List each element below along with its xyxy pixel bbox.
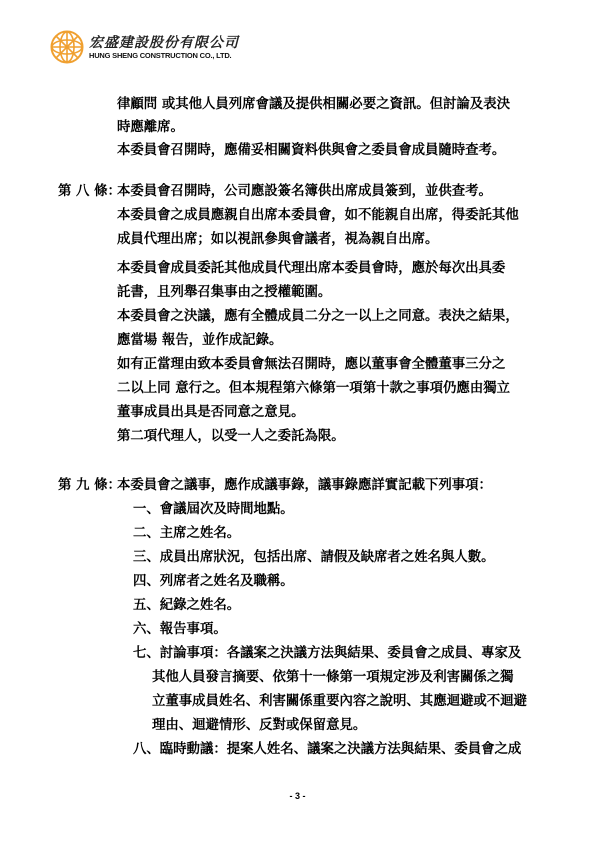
list-item-continuation: 理由、迴避情形、反對或保留意見。 [152, 718, 366, 734]
company-name-cn: 宏盛建設股份有限公司 [89, 32, 239, 52]
list-item: 二、主席之姓名。 [133, 526, 240, 542]
body-line: 二以上同 意行之。但本規程第六條第一項第十款之事項仍應由獨立 [117, 381, 510, 397]
company-logo-icon [50, 30, 84, 64]
body-line: 本委員會成員委託其他成員代理出席本委員會時，應於每次出具委 [117, 261, 505, 277]
list-item: 四、列席者之姓名及職稱。 [133, 574, 294, 590]
list-item: 一、會議屆次及時間地點。 [133, 502, 294, 518]
body-line: 董事成員出具是否同意之意見。 [117, 405, 304, 421]
body-line: 如有正當理由致本委員會無法召開時，應以董事會全體董事三分之 [117, 357, 505, 373]
body-line: 託書，且列舉召集事由之授權範圍。 [117, 285, 331, 301]
company-name-en: HUNG SHENG CONSTRUCTION CO., LTD. [89, 51, 231, 60]
body-line: 本委員會之決議，應有全體成員二分之一以上之同意。表決之結果， [117, 309, 519, 325]
body-line: 本委員會召開時，應備妥相關資料供與會之委員會成員隨時查考。 [117, 143, 505, 159]
body-line: 本委員會召開時，公司應設簽名簿供出席成員簽到，並供查考。 [117, 184, 492, 200]
body-line: 律顧問 或其他人員列席會議及提供相關必要之資訊。但討論及表決 [117, 97, 510, 113]
article-8-label: 第 八 條： [58, 184, 121, 200]
list-item: 七、討論事項：各議案之決議方法與結果、委員會之成員、專家及 [133, 646, 521, 662]
page-number: - 3 - [0, 791, 595, 801]
list-item: 八、臨時動議：提案人姓名、議案之決議方法與結果、委員會之成 [133, 742, 521, 758]
body-line: 時應離席。 [117, 120, 184, 136]
list-item: 三、成員出席狀況，包括出席、請假及缺席者之姓名與人數。 [133, 550, 495, 566]
body-line: 第二項代理人，以受一人之委託為限。 [117, 429, 345, 445]
body-line: 本委員會之成員應親自出席本委員會，如不能親自出席，得委託其他 [117, 208, 519, 224]
article-9-label: 第 九 條： [58, 478, 121, 494]
list-item-continuation: 立董事成員姓名、利害關係重要內容之說明、其應迴避或不迴避 [152, 694, 527, 710]
list-item: 五、紀錄之姓名。 [133, 598, 240, 614]
list-item: 六、報告事項。 [133, 622, 227, 638]
body-line: 成員代理出席；如以視訊參與會議者，視為親自出席。 [117, 232, 438, 248]
body-line: 應當場 報告，並作成記錄。 [117, 333, 282, 349]
body-line: 本委員會之議事，應作成議事錄，議事錄應詳實記載下列事項： [117, 478, 492, 494]
list-item-continuation: 其他人員發言摘要、依第十一條第一項規定涉及利害關係之獨 [152, 670, 514, 686]
